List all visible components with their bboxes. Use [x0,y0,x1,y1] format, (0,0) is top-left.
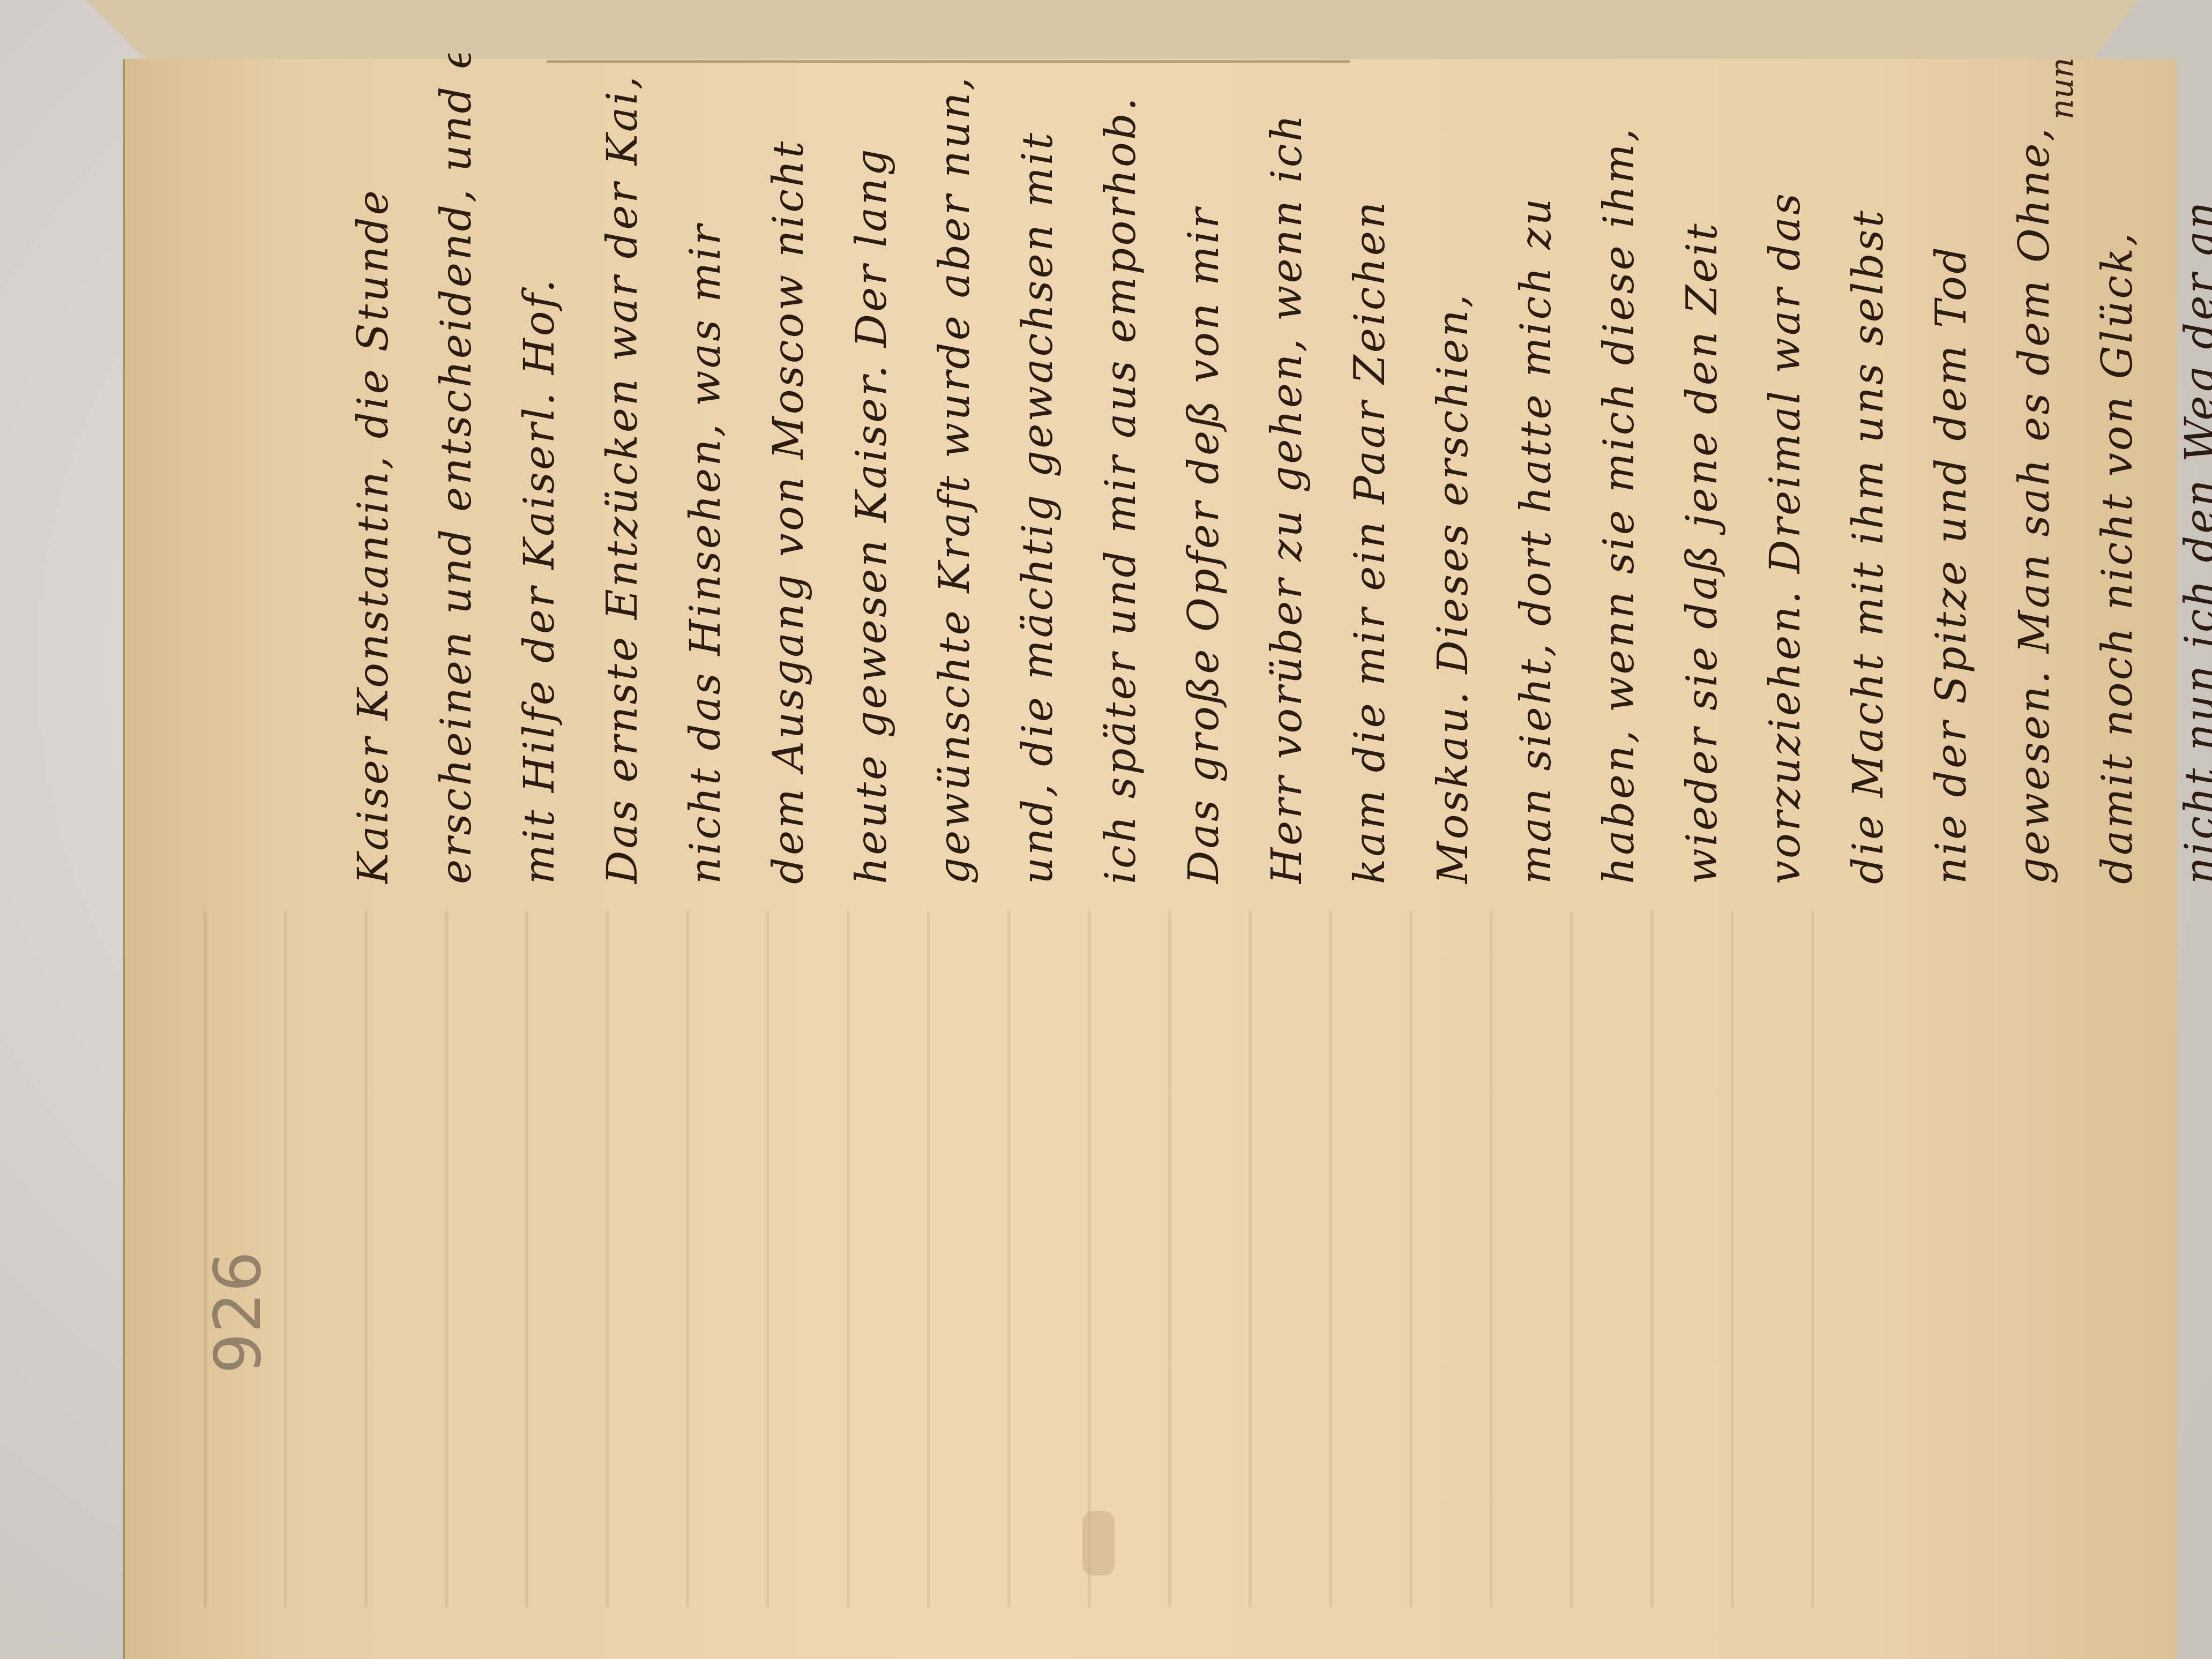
text-line: gewünschte Kraft wurde aber nun, [914,54,997,884]
pencil-folio-number: 926 [201,1251,275,1374]
text-line: Kaiser Konstantin, die Stunde [332,54,415,884]
text-line: heute gewesen Kaiser. Der lang [831,54,914,884]
bleed-through-text [204,911,1865,1608]
paper-stain [1082,1511,1115,1575]
text-line: nicht das Hinsehen, was mir [664,54,748,884]
text-line: mit Hilfe der Kaiserl. Hof. [498,54,581,884]
text-line: Das ernste Entzücken war der Kai, [581,54,664,884]
text-line: damit noch nicht von Glück, [2076,54,2159,884]
text-line: kam die mir ein Paar Zeichen [1329,54,1412,884]
text-line: erscheinen und entscheidend, und es bezo… [415,54,498,884]
text-line: die Macht mit ihm uns selbst [1827,54,1910,884]
text-line: nicht nun ich den Weg der an [2159,54,2212,884]
text-line: Moskau. Dieses erschien, [1412,54,1495,884]
text-line: ich später und mir aus emporhob. [1080,54,1163,884]
text-line: Herr vorüber zu gehen, wenn ich [1246,54,1329,884]
text-line: man sieht, dort hatte mich zu [1495,54,1578,884]
text-line: Das große Opfer deß von mir [1163,54,1246,884]
text-line: haben, wenn sie mich diese ihm, [1578,54,1661,884]
handwritten-text-block: Kaiser Konstantin, die Stunde erscheinen… [332,54,2101,884]
text-line: vorzuziehen. Dreimal war das [1744,54,1827,884]
text-line: und, die mächtig gewachsen mit [997,54,1080,884]
text-line: gewesen. Man sah es dem Ohne, [1993,54,2076,884]
text-line: dem Ausgang von Moscow nicht [748,54,831,884]
text-line: wieder sie daß jene den Zeit [1661,54,1744,884]
text-line: nie der Spitze und dem Tod [1910,54,1993,884]
